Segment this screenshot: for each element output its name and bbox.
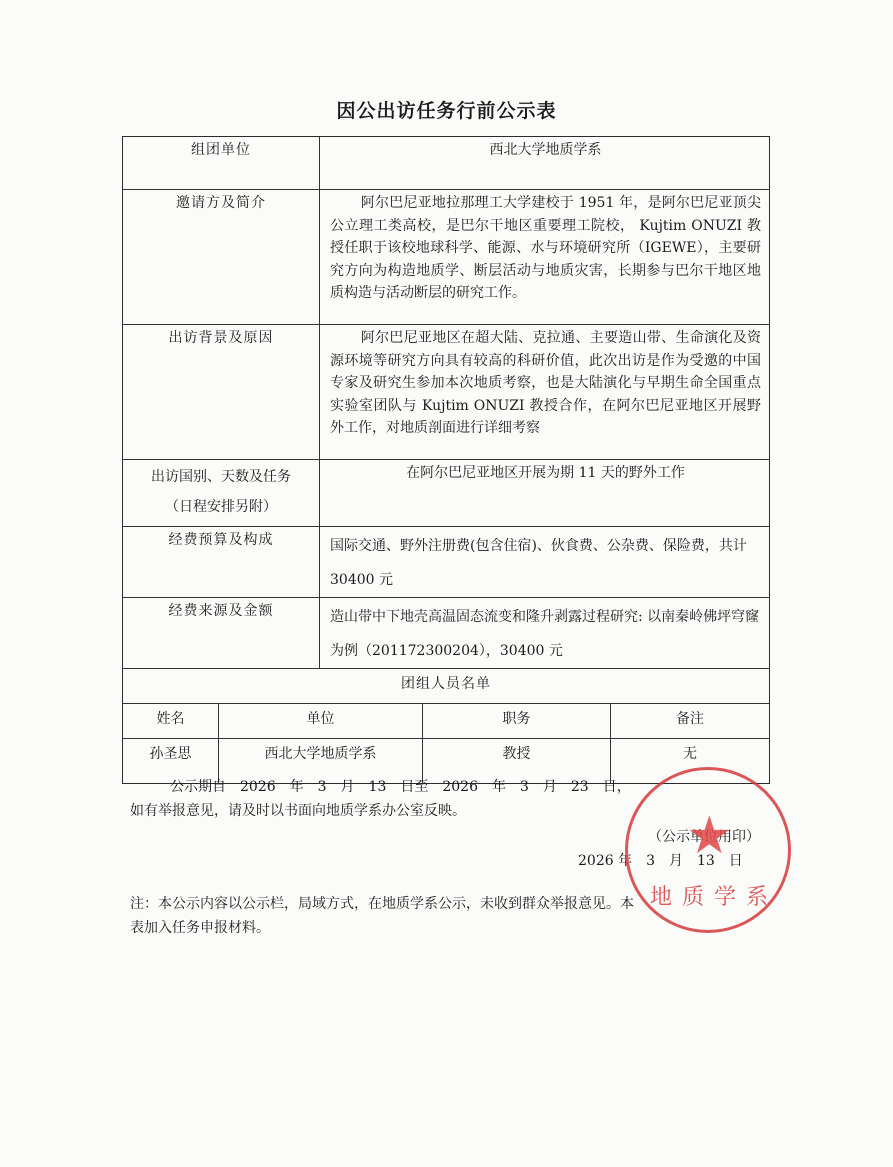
page-title: 因公出访任务行前公示表	[0, 96, 893, 123]
org-unit-value: 西北大学地质学系	[320, 137, 769, 189]
inviter-label: 邀请方及简介	[123, 190, 320, 324]
row-inviter: 邀请方及简介 阿尔巴尼亚地拉那理工大学建校于 1951 年，是阿尔巴尼亚顶尖公立…	[123, 189, 769, 324]
notice-report: 如有举报意见，请及时以书面向地质学系办公室反映。	[130, 800, 466, 820]
itinerary-label: 出访国别、天数及任务 （日程安排另附）	[123, 460, 320, 526]
budget-label: 经费预算及构成	[123, 527, 320, 597]
row-funding: 经费来源及金额 造山带中下地壳高温固态流变和隆升剥露过程研究: 以南秦岭佛坪穹窿…	[123, 597, 769, 668]
official-seal: ★ 地质学系	[625, 767, 791, 933]
org-unit-label: 组团单位	[123, 137, 320, 189]
star-icon: ★	[686, 810, 733, 862]
itinerary-value: 在阿尔巴尼亚地区开展为期 11 天的野外工作	[320, 460, 769, 526]
notice-period: 公示期自 2026 年 3 月 13 日至 2026 年 3 月 23 日，	[170, 776, 631, 796]
row-members-heading: 团组人员名单	[123, 668, 769, 703]
row-budget: 经费预算及构成 国际交通、野外注册费(包含住宿)、伙食费、公杂费、保险费，共计 …	[123, 526, 769, 597]
col-note-header: 备注	[611, 704, 769, 738]
budget-value: 国际交通、野外注册费(包含住宿)、伙食费、公杂费、保险费，共计 30400 元	[320, 527, 769, 597]
members-header-row: 姓名 单位 职务 备注	[123, 703, 769, 738]
seal-text: 地质学系	[650, 880, 778, 911]
row-background: 出访背景及原因 阿尔巴尼亚地区在超大陆、克拉通、主要造山带、生命演化及资源环境等…	[123, 324, 769, 459]
row-org-unit: 组团单位 西北大学地质学系	[123, 137, 769, 189]
note-line-2: 表加入任务申报材料。	[130, 917, 270, 937]
note-line-1: 注：本公示内容以公示栏，局域方式，在地质学系公示，未收到群众举报意见。本	[130, 893, 634, 913]
funding-value: 造山带中下地壳高温固态流变和隆升剥露过程研究: 以南秦岭佛坪穹窿为例（20117…	[320, 598, 769, 668]
background-label: 出访背景及原因	[123, 325, 320, 459]
itinerary-label-line2: （日程安排另附）	[123, 492, 319, 522]
itinerary-label-line1: 出访国别、天数及任务	[123, 462, 319, 492]
disclosure-table: 组团单位 西北大学地质学系 邀请方及简介 阿尔巴尼亚地拉那理工大学建校于 195…	[122, 136, 770, 784]
background-value: 阿尔巴尼亚地区在超大陆、克拉通、主要造山带、生命演化及资源环境等研究方向具有较高…	[320, 325, 769, 459]
col-unit-header: 单位	[219, 704, 423, 738]
members-heading: 团组人员名单	[123, 669, 769, 703]
col-position-header: 职务	[423, 704, 611, 738]
col-name-header: 姓名	[123, 704, 219, 738]
row-itinerary: 出访国别、天数及任务 （日程安排另附） 在阿尔巴尼亚地区开展为期 11 天的野外…	[123, 459, 769, 526]
inviter-value: 阿尔巴尼亚地拉那理工大学建校于 1951 年，是阿尔巴尼亚顶尖公立理工类高校，是…	[320, 190, 769, 324]
funding-label: 经费来源及金额	[123, 598, 320, 668]
